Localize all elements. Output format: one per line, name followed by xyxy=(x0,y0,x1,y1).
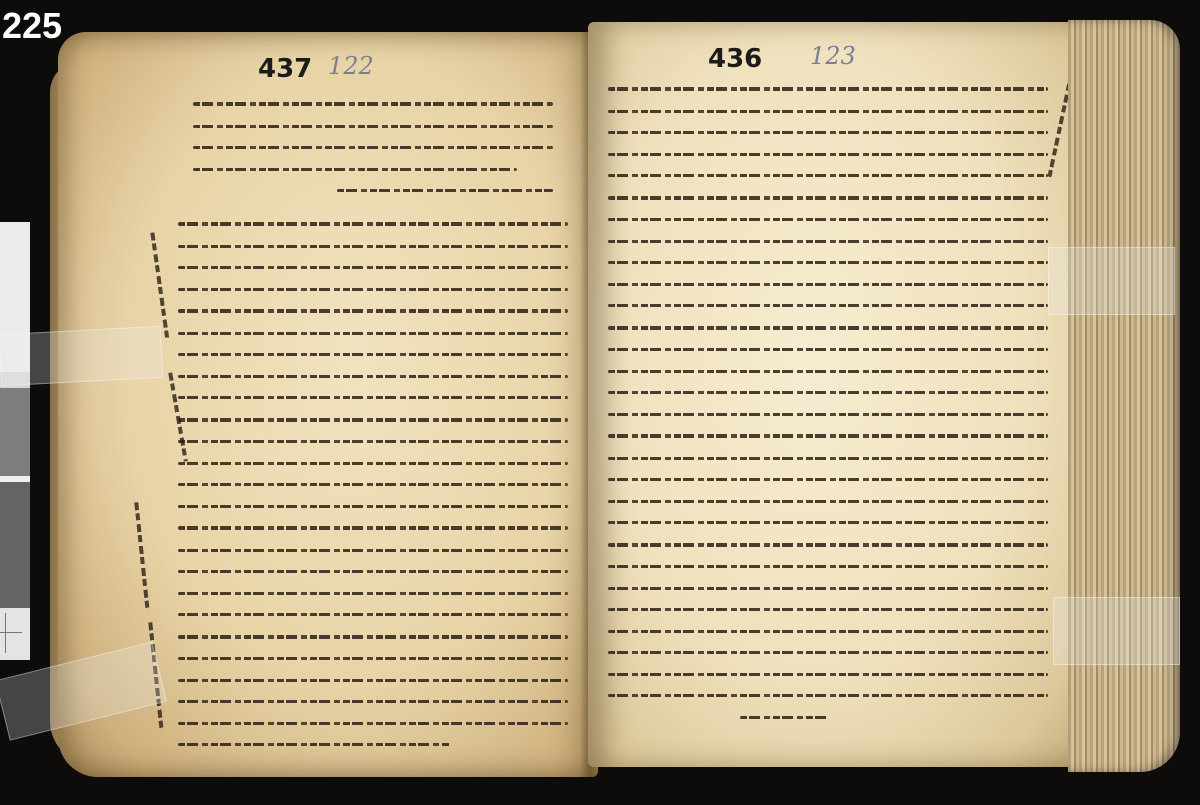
left-page-text-main xyxy=(178,222,568,765)
left-margin-note xyxy=(134,502,149,612)
left-page-text-upper xyxy=(193,102,553,211)
crosshair-icon xyxy=(5,613,6,653)
tape-strip xyxy=(0,326,163,386)
open-manuscript: 437 122 436 123 xyxy=(58,2,1180,792)
tape-strip xyxy=(1053,597,1180,665)
left-folio-pencil-number: 122 xyxy=(328,52,374,80)
left-folio-ink-number: 437 xyxy=(258,54,312,84)
right-page: 436 123 xyxy=(588,22,1088,767)
calibration-gray-patch xyxy=(0,388,30,476)
tape-strip xyxy=(1048,247,1175,315)
right-folio-pencil-number: 123 xyxy=(810,42,856,70)
frame-number: 225 xyxy=(2,8,62,44)
right-folio-ink-number: 436 xyxy=(708,44,762,74)
right-page-text-main xyxy=(608,87,1048,737)
calibration-dark-gray-patch xyxy=(0,482,30,608)
crosshair-icon xyxy=(0,632,22,633)
